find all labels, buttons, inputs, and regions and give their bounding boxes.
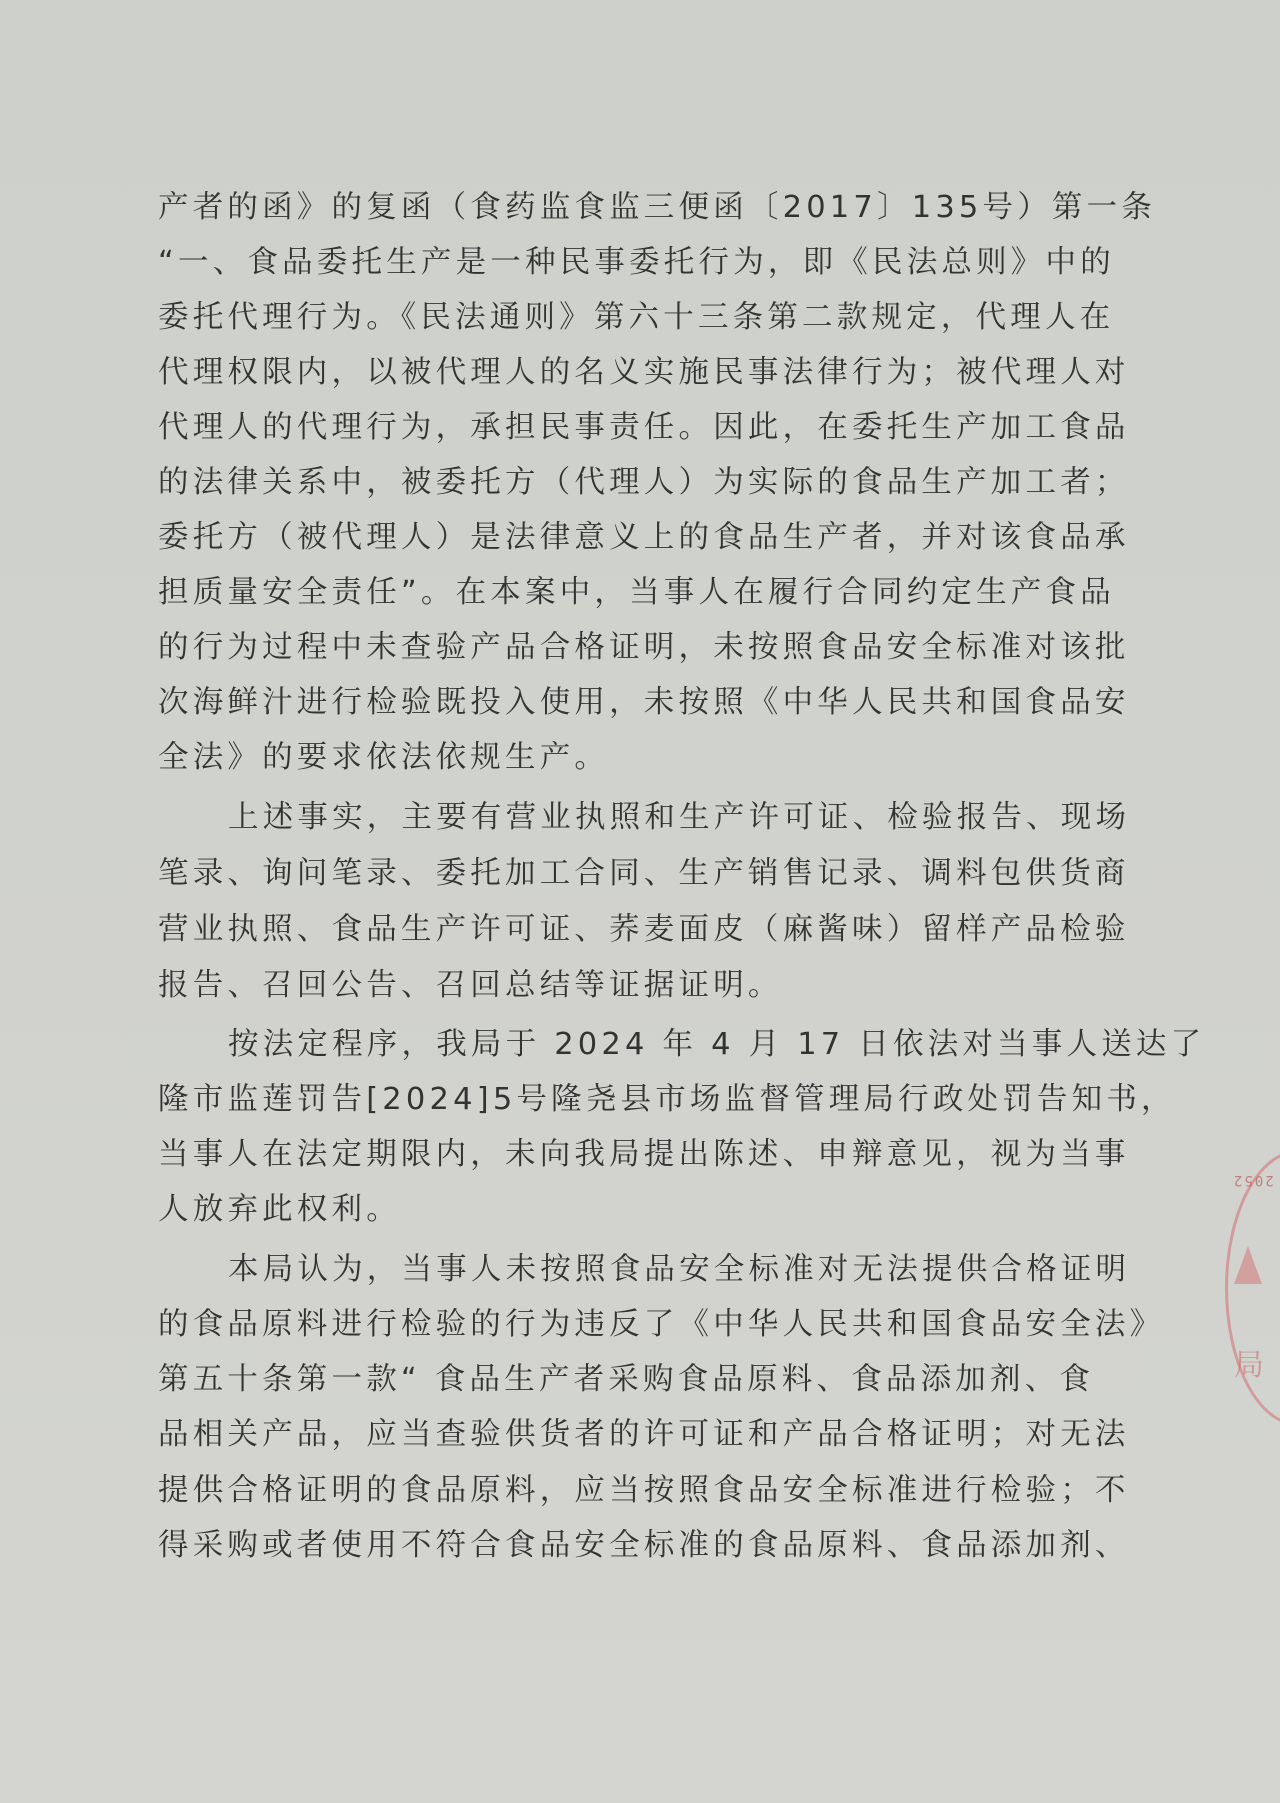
text-line: 产者的函》的复函（食药监食监三便函〔2017〕135号）第一条 (158, 180, 1156, 236)
text-line: 报告、召回公告、召回总结等证据证明。 (158, 958, 783, 1014)
official-seal-stamp (1225, 1150, 1280, 1426)
text-line: 隆市监莲罚告[2024]5号隆尧县市场监督管理局行政处罚告知书， (158, 1072, 1176, 1128)
text-line: 的食品原料进行检验的行为违反了《中华人民共和国食品安全法》 (158, 1297, 1164, 1353)
text-line: 营业执照、食品生产许可证、荞麦面皮（麻酱味）留样产品检验 (158, 902, 1130, 958)
text-line: 的行为过程中未查验产品合格证明，未按照食品安全标准对该批 (158, 620, 1130, 676)
paragraph-start-line: 按法定程序，我局于 2024 年 4 月 17 日依法对当事人送达了 (228, 1017, 1205, 1073)
text-line: 当事人在法定期限内，未向我局提出陈述、申辩意见，视为当事 (158, 1127, 1130, 1183)
paragraph-start-line: 上述事实，主要有营业执照和生产许可证、检验报告、现场 (228, 790, 1130, 846)
text-line: 人放弃此权利。 (158, 1182, 401, 1238)
text-line: 笔录、询问笔录、委托加工合同、生产销售记录、调料包供货商 (158, 846, 1130, 902)
seal-star-icon (1234, 1246, 1262, 1284)
seal-character: 局 (1234, 1340, 1264, 1384)
paragraph-start-line: 本局认为，当事人未按照食品安全标准对无法提供合格证明 (228, 1242, 1130, 1298)
text-line: 第五十条第一款“ 食品生产者采购食品原料、食品添加剂、食 (158, 1352, 1094, 1408)
text-line: 委托方（被代理人）是法律意义上的食品生产者，并对该食品承 (158, 510, 1130, 566)
text-line: 次海鲜汁进行检验既投入使用，未按照《中华人民共和国食品安 (158, 675, 1130, 731)
text-line: 品相关产品，应当查验供货者的许可证和产品合格证明；对无法 (158, 1407, 1130, 1463)
text-line: 的法律关系中，被委托方（代理人）为实际的食品生产加工者； (158, 455, 1130, 511)
text-line: 提供合格证明的食品原料，应当按照食品安全标准进行检验；不 (158, 1463, 1130, 1519)
text-line: 全法》的要求依法依规生产。 (158, 730, 609, 786)
text-line: 担质量安全责任”。在本案中，当事人在履行合同约定生产食品 (158, 565, 1115, 621)
text-line: “一、食品委托生产是一种民事委托行为，即《民法总则》中的 (158, 235, 1115, 291)
text-line: 得采购或者使用不符合食品安全标准的食品原料、食品添加剂、 (158, 1518, 1130, 1574)
text-line: 代理权限内，以被代理人的名义实施民事法律行为；被代理人对 (158, 345, 1130, 401)
seal-number: 2052 (1232, 1172, 1274, 1188)
text-line: 委托代理行为。《民法通则》第六十三条第二款规定，代理人在 (158, 290, 1114, 346)
text-line: 代理人的代理行为，承担民事责任。因此，在委托生产加工食品 (158, 400, 1130, 456)
